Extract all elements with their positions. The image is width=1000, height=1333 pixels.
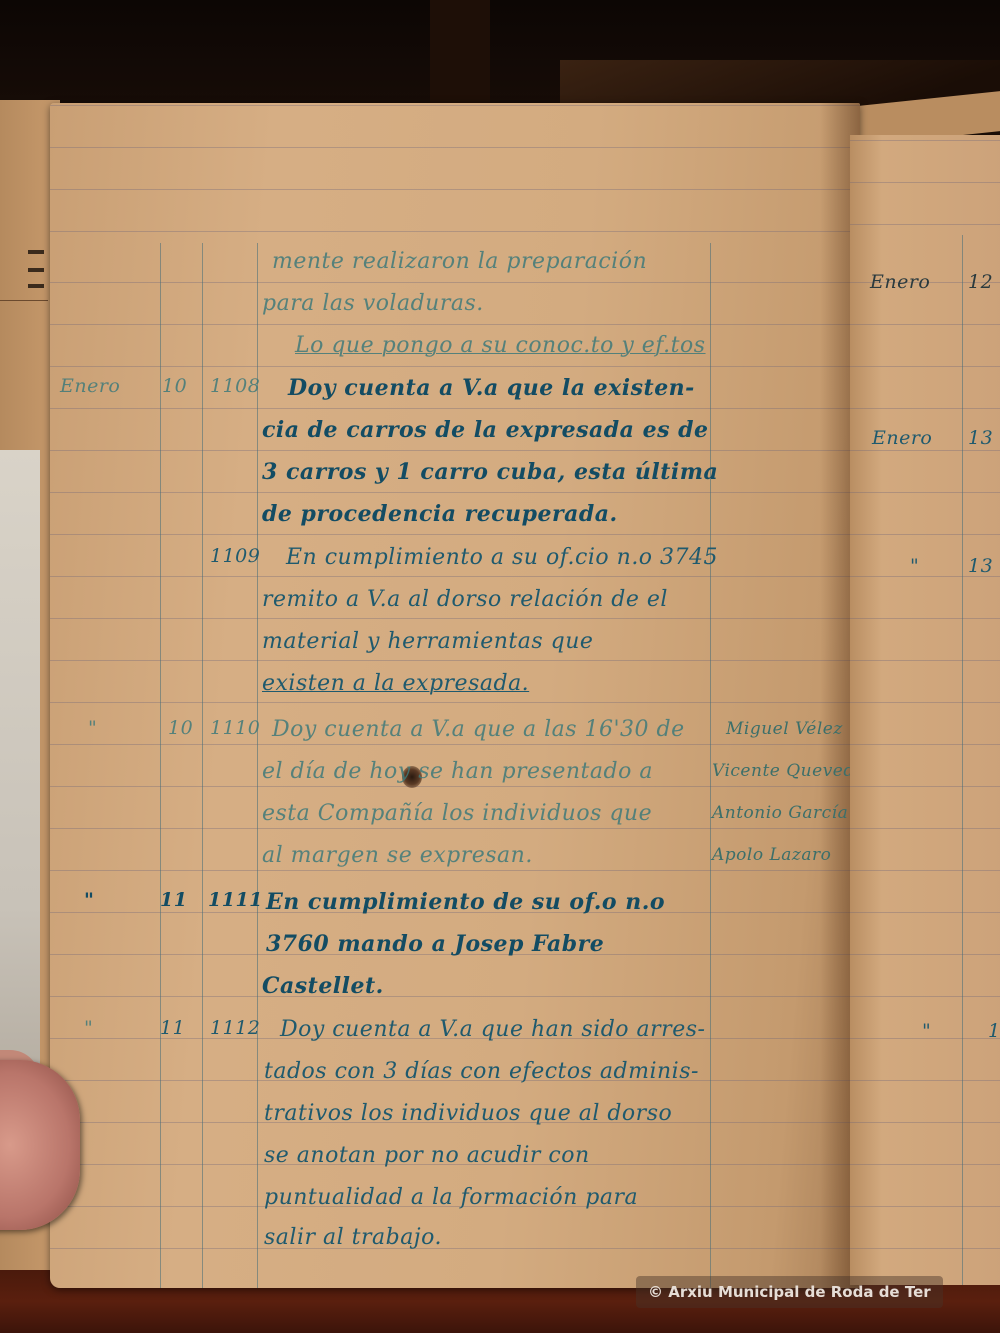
column-line-day xyxy=(962,235,963,1285)
archive-photo: mente realizaron la preparación para las… xyxy=(0,0,1000,1333)
entry-text-line: al margen se expresan. xyxy=(262,843,533,868)
entry-day: 10 xyxy=(168,717,193,739)
entry-number: 1109 xyxy=(210,545,260,567)
right-entry-day: 13 xyxy=(968,427,993,449)
entry-text-line: material y herramientas que xyxy=(262,629,593,654)
column-line-margin xyxy=(710,243,711,1288)
entry-day: 11 xyxy=(160,1017,185,1039)
entry-text-line: tados con 3 días con efectos adminis- xyxy=(264,1059,699,1084)
right-entry-month: Enero xyxy=(870,271,930,293)
entry-number: 1110 xyxy=(210,717,260,739)
box-label xyxy=(0,210,48,301)
entry-number: 1111 xyxy=(208,889,263,911)
entry-text-line: En cumplimiento de su of.o n.o xyxy=(266,889,665,915)
column-line-number xyxy=(257,243,258,1288)
right-entry-day: 1 xyxy=(988,1020,1000,1042)
entry-text-line: de procedencia recuperada. xyxy=(262,501,618,527)
right-entry-month: " xyxy=(910,555,919,577)
copyright-watermark: © Arxiu Municipal de Roda de Ter xyxy=(636,1276,943,1308)
thumb xyxy=(0,1060,80,1230)
entry-text-line: existen a la expresada. xyxy=(262,671,529,696)
entry-text-line: Doy cuenta a V.a que han sido arres- xyxy=(280,1017,705,1042)
entry-month: " xyxy=(84,889,94,911)
continuation-line: mente realizaron la preparación xyxy=(272,249,647,274)
entry-day: 11 xyxy=(160,889,187,911)
continuation-line: Lo que pongo a su conoc.to y ef.tos xyxy=(295,333,706,358)
entry-text-line: Castellet. xyxy=(262,973,384,999)
margin-name: Apolo Lazaro xyxy=(712,845,831,865)
right-entry-month: " xyxy=(922,1020,931,1042)
entry-text-line: 3760 mando a Josep Fabre xyxy=(266,931,604,957)
right-entry-month: Enero xyxy=(872,427,932,449)
right-entry-day: 12 xyxy=(968,271,993,293)
entry-month: Enero xyxy=(60,375,120,397)
margin-name: Vicente Quevedo xyxy=(712,761,860,781)
ledger-right-page: Enero 12 Enero 13 " 13 " 1 xyxy=(850,135,1000,1285)
entry-number: 1108 xyxy=(210,375,260,397)
entry-month: " xyxy=(84,1017,93,1039)
entry-text-line: el día de hoy se han presentado a xyxy=(262,759,653,784)
entry-text-line: esta Compañía los individuos que xyxy=(262,801,652,826)
entry-text-line: Doy cuenta a V.a que la existen- xyxy=(288,375,695,401)
margin-name: Antonio García xyxy=(712,803,848,823)
ledger-left-page: mente realizaron la preparación para las… xyxy=(50,103,860,1288)
right-entry-day: 13 xyxy=(968,555,993,577)
entry-text-line: remito a V.a al dorso relación de el xyxy=(262,587,668,612)
entry-text-line: puntualidad a la formación para xyxy=(264,1185,638,1210)
entry-number: 1112 xyxy=(210,1017,260,1039)
entry-text-line: En cumplimiento a su of.cio n.o 3745 xyxy=(286,545,718,570)
entry-text-line: se anotan por no acudir con xyxy=(264,1143,590,1168)
column-line-day xyxy=(202,243,203,1288)
entry-text-line: cia de carros de la expresada es de xyxy=(262,417,709,443)
entry-text-line: Doy cuenta a V.a que a las 16'30 de xyxy=(272,717,685,742)
horizontal-ruling xyxy=(850,135,1000,1285)
entry-day: 10 xyxy=(162,375,187,397)
continuation-line: para las voladuras. xyxy=(262,291,484,316)
entry-month: " xyxy=(88,717,97,739)
column-line-month xyxy=(160,243,161,1288)
entry-text-line: 3 carros y 1 carro cuba, esta última xyxy=(262,459,718,485)
entry-text-line: trativos los individuos que al dorso xyxy=(264,1101,672,1126)
entry-text-line: salir al trabajo. xyxy=(264,1225,442,1250)
margin-name: Miguel Vélez xyxy=(726,719,843,739)
